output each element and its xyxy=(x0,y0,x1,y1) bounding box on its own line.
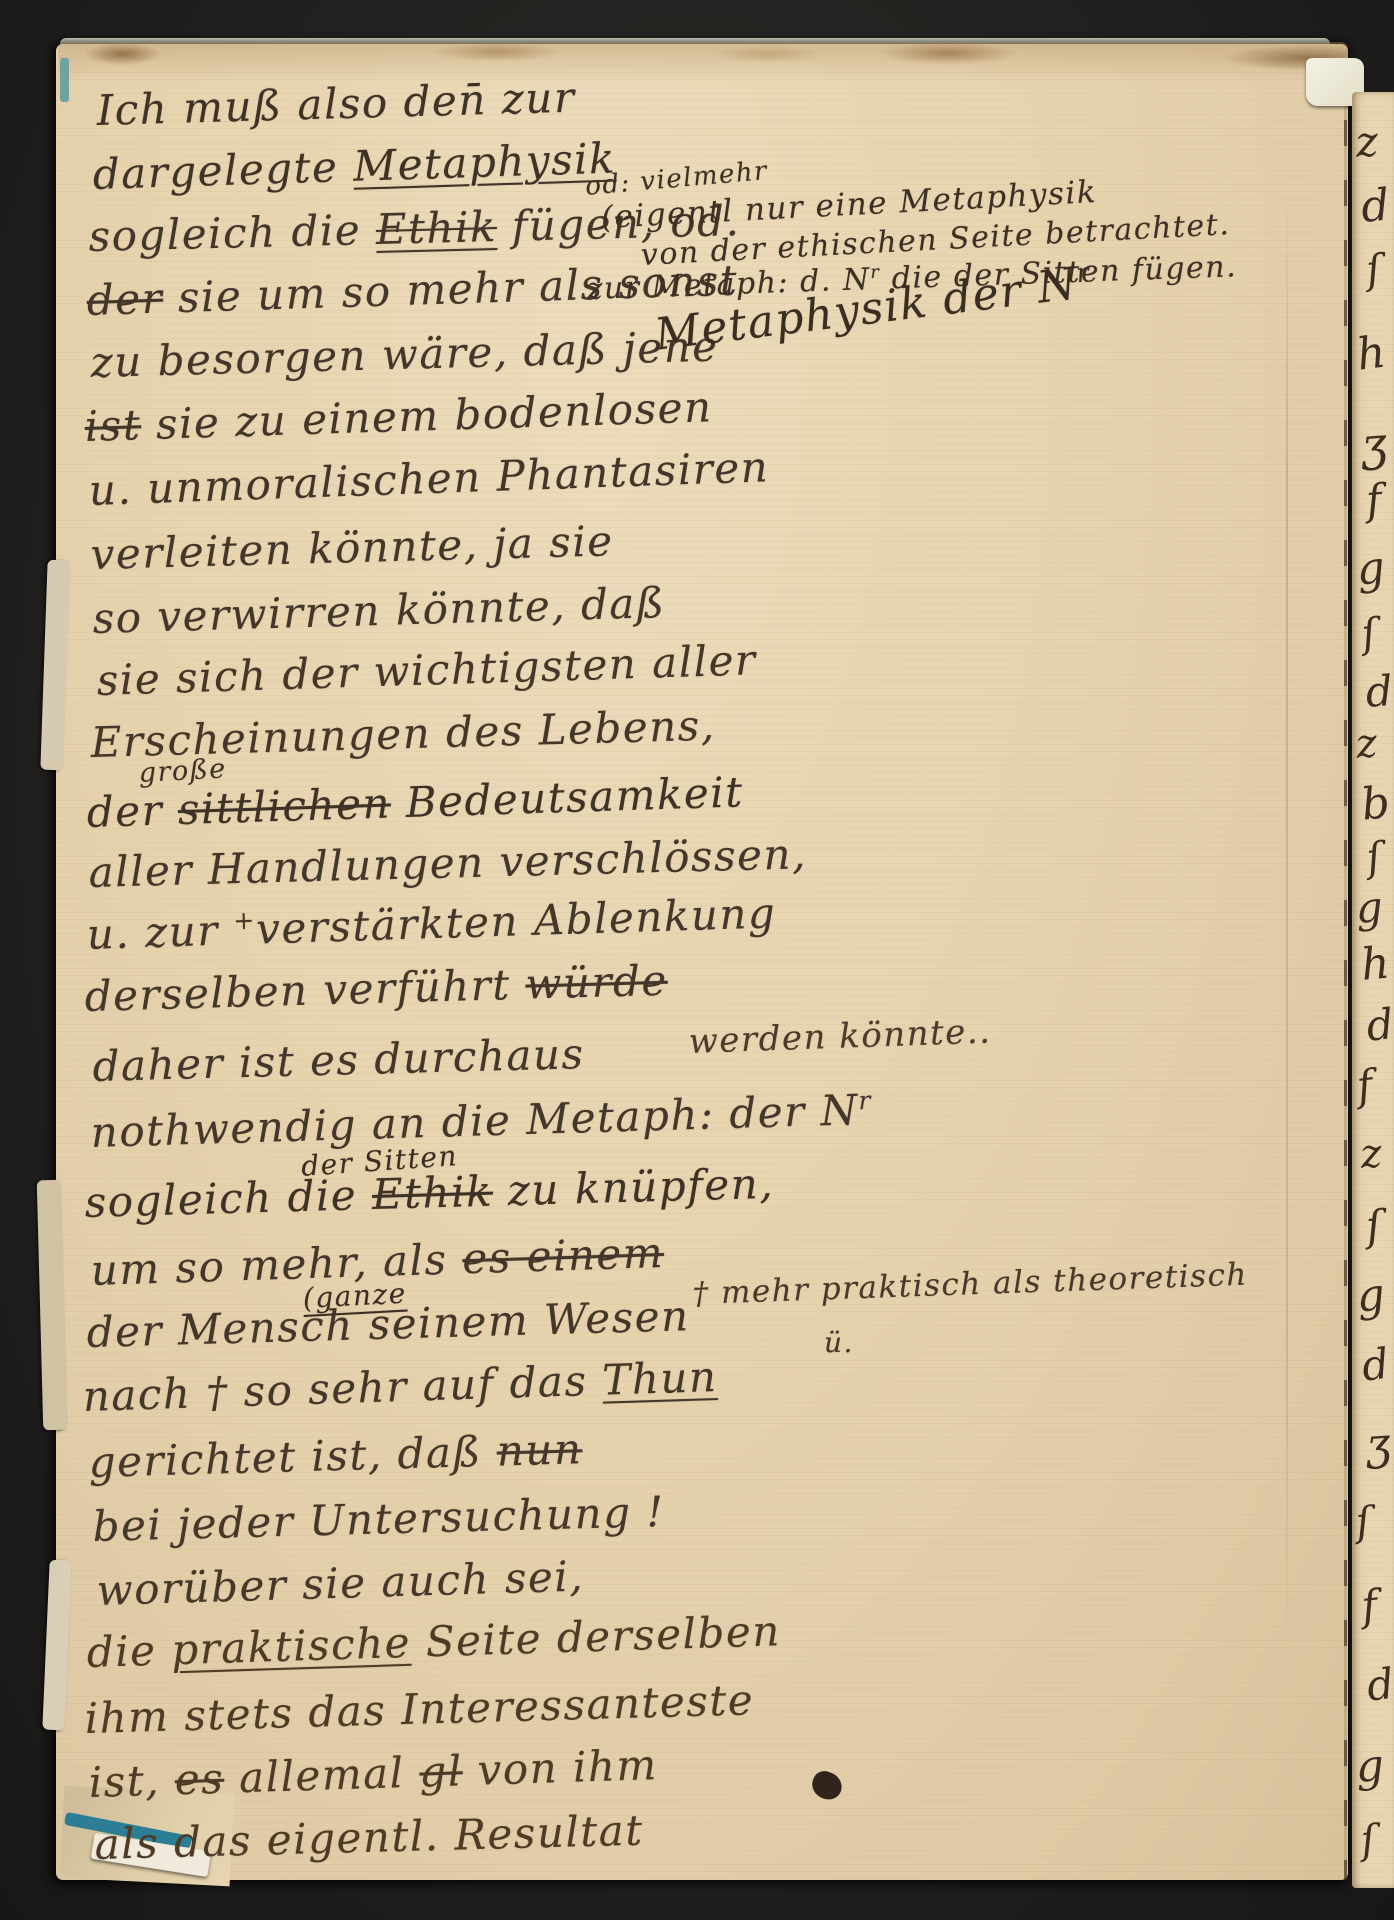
manuscript-line-segment: gl xyxy=(419,1746,464,1796)
line-beginning-fragment: z xyxy=(1359,1131,1383,1178)
manuscript-line-segment: sittlichen xyxy=(177,778,392,834)
manuscript-line-segment: nun xyxy=(496,1424,583,1475)
manuscript-line-segment: es einem xyxy=(462,1228,665,1283)
line-beginning-fragment: b xyxy=(1359,777,1392,831)
marginal-note-segment: r xyxy=(1074,257,1092,289)
page-turned-edge xyxy=(1330,58,1352,1882)
line-beginning-fragment: z xyxy=(1354,116,1380,166)
manuscript-line-segment: von ihm xyxy=(462,1740,659,1795)
line-beginning-fragment: g xyxy=(1354,542,1387,596)
gutter-crack xyxy=(1344,60,1347,1880)
manuscript-line-segment: sogleich die xyxy=(88,205,377,261)
manuscript-line-segment: ist, xyxy=(88,1755,176,1807)
line-beginning-fragment: d xyxy=(1364,1659,1394,1711)
line-beginning-fragment: h xyxy=(1359,938,1392,991)
manuscript-line-segment: allemal xyxy=(223,1748,420,1803)
manuscript-line-segment: zu knüpfen, xyxy=(492,1159,774,1216)
line-beginning-fragment: ʒ xyxy=(1364,1418,1392,1471)
manuscript-line-segment: es xyxy=(174,1754,225,1805)
manuscript-line-segment: würde xyxy=(525,956,669,1009)
cover-edge-chip xyxy=(60,58,69,102)
manuscript-line-segment: die xyxy=(86,1625,172,1677)
manuscript-line-segment: u. zur xyxy=(86,905,234,959)
manuscript-line-segment: Thun xyxy=(602,1352,719,1405)
manuscript-line-segment: r xyxy=(858,1086,872,1115)
manuscript-line-segment: praktische xyxy=(170,1618,411,1675)
line-beginning-fragment: h xyxy=(1354,327,1388,381)
marginal-note: ü. xyxy=(824,1326,854,1359)
line-beginning-fragment: d xyxy=(1359,180,1392,233)
interlinear-insertion: große xyxy=(138,753,227,789)
marginal-note-segment: ü. xyxy=(824,1326,854,1359)
line-beginning-fragment: g xyxy=(1354,882,1384,933)
line-beginning-fragment: d xyxy=(1359,1339,1392,1391)
manuscript-line-segment: Metaphysik xyxy=(352,134,616,191)
line-beginning-fragment: d xyxy=(1364,999,1394,1051)
manuscript-line-segment: dargelegte xyxy=(92,142,354,199)
line-beginning-fragment: d xyxy=(1364,666,1394,717)
interlinear-insertion-segment: große xyxy=(138,753,227,789)
line-beginning-fragment: g xyxy=(1354,1740,1386,1793)
interlinear-insertion-segment: (ganze xyxy=(302,1277,407,1315)
page-top-stains xyxy=(58,42,1348,82)
manuscript-line-segment: der xyxy=(86,785,179,837)
scanned-manuscript: Ich muß also den̄ zurdargelegte Metaphys… xyxy=(0,0,1394,1920)
line-beginning-fragment: g xyxy=(1354,1269,1387,1323)
paper-crease xyxy=(1286,180,1288,1660)
line-beginning-fragment: z xyxy=(1354,720,1379,768)
manuscript-line-segment: + xyxy=(233,906,257,936)
line-beginning-fragment: ʒ xyxy=(1359,416,1389,472)
manuscript-line-segment: ist xyxy=(84,400,142,451)
interlinear-insertion: (ganze xyxy=(302,1277,407,1315)
manuscript-line-segment: der xyxy=(86,274,164,325)
manuscript-line-segment: Ethik xyxy=(375,202,497,254)
